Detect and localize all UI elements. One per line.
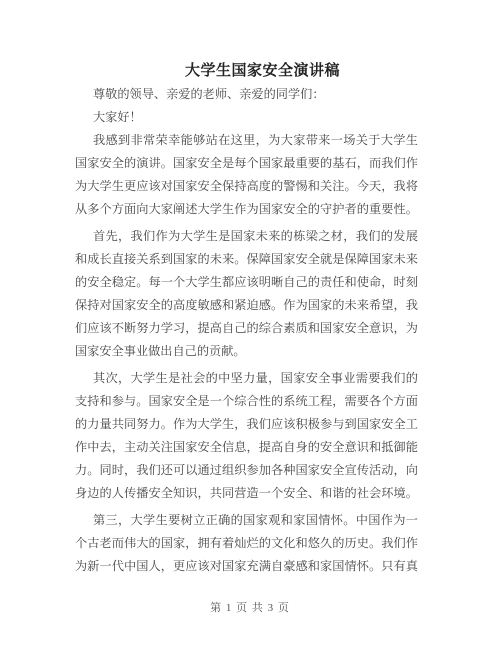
text-line: 的安全稳定。每一个大学生都应该明晰自己的责任和使命，时刻 xyxy=(75,271,418,294)
text-line: 从多个方面向大家阐述大学生作为国家安全的守护者的重要性。 xyxy=(75,198,418,221)
page-footer: 第 1 页 共 3 页 xyxy=(0,600,500,616)
paragraph: 尊敬的领导、亲爱的老师、亲爱的同学们： xyxy=(75,83,418,106)
text-line: 个古老而伟大的国家，拥有着灿烂的文化和悠久的历史。我们作 xyxy=(75,532,418,555)
text-line: 大家好！ xyxy=(75,106,418,129)
text-line: 其次，大学生是社会的中坚力量，国家安全事业需要我们的 xyxy=(75,367,418,390)
text-line: 首先，我们作为大学生是国家未来的栋梁之材，我们的发展 xyxy=(75,225,418,248)
text-line: 国家安全的演讲。国家安全是每个国家最重要的基石，而我们作 xyxy=(75,152,418,175)
text-line: 作中去，主动关注国家安全信息，提高自身的安全意识和抵御能 xyxy=(75,436,418,459)
paragraph: 大家好！ xyxy=(75,106,418,129)
text-line: 第三，大学生要树立正确的国家观和家国情怀。中国作为一 xyxy=(75,509,418,532)
text-line: 我感到非常荣幸能够站在这里，为大家带来一场关于大学生 xyxy=(75,129,418,152)
text-line: 为大学生更应该对国家安全保持高度的警惕和关注。今天，我将 xyxy=(75,175,418,198)
text-line: 国家安全事业做出自己的贡献。 xyxy=(75,340,418,363)
document-title: 大学生国家安全演讲稿 xyxy=(91,59,434,83)
text-line: 身边的人传播安全知识，共同营造一个安全、和谐的社会环境。 xyxy=(75,482,418,505)
document-body: 尊敬的领导、亲爱的老师、亲爱的同学们：大家好！我感到非常荣幸能够站在这里，为大家… xyxy=(75,83,418,578)
text-line: 力。同时，我们还可以通过组织参加各种国家安全宣传活动，向 xyxy=(75,459,418,482)
page-number-text: 第 1 页 共 3 页 xyxy=(210,602,290,614)
text-line: 们应该不断努力学习，提高自己的综合素质和国家安全意识，为 xyxy=(75,317,418,340)
paragraph: 我感到非常荣幸能够站在这里，为大家带来一场关于大学生国家安全的演讲。国家安全是每… xyxy=(75,129,418,221)
text-line: 为新一代中国人，更应该对国家充满自豪感和家国情怀。只有真 xyxy=(75,555,418,578)
text-line: 和成长直接关系到国家的未来。保障国家安全就是保障国家未来 xyxy=(75,248,418,271)
text-line: 的力量共同努力。作为大学生，我们应该积极参与到国家安全工 xyxy=(75,413,418,436)
document-page: 大学生国家安全演讲稿 尊敬的领导、亲爱的老师、亲爱的同学们：大家好！我感到非常荣… xyxy=(0,0,500,647)
text-line: 保持对国家安全的高度敏感和紧迫感。作为国家的未来希望，我 xyxy=(75,294,418,317)
paragraph: 其次，大学生是社会的中坚力量，国家安全事业需要我们的支持和参与。国家安全是一个综… xyxy=(75,367,418,505)
text-line: 支持和参与。国家安全是一个综合性的系统工程，需要各个方面 xyxy=(75,390,418,413)
paragraph: 第三，大学生要树立正确的国家观和家国情怀。中国作为一个古老而伟大的国家，拥有着灿… xyxy=(75,509,418,578)
paragraph: 首先，我们作为大学生是国家未来的栋梁之材，我们的发展和成长直接关系到国家的未来。… xyxy=(75,225,418,363)
text-line: 尊敬的领导、亲爱的老师、亲爱的同学们： xyxy=(75,83,418,106)
